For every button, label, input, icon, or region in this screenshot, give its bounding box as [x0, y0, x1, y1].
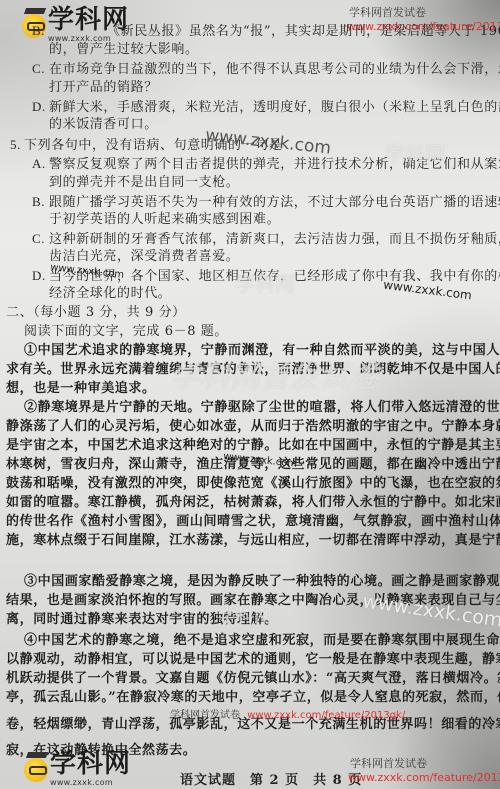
para4-line2: 以静观动，动静相宜，可以说是中国艺术的通则，它一般是在静寒中表现生趣，静寒为盎然…	[6, 651, 500, 668]
q4-option-c-line2: 打开产品的销路？	[49, 79, 158, 96]
q4-option-c-line1: C.在市场竞争日益激烈的当下，他不得不认真思考公司的业绩为什么会下滑，怎样才能	[32, 60, 500, 78]
q4-option-b-line1: B.《新民丛报》虽然名为“报”，其实却是期刊，是梁启超等人于 1902 年在日本…	[32, 22, 500, 40]
q5-option-c-line1: C.这种新研制的牙膏香气浓郁，清新爽口，去污洁齿力强，而且不损伤牙釉质，能保持牙	[32, 230, 500, 248]
para2-line7: 的传世名作《渔村小雪图》，画山间晴雪之状，意境清幽，气氛静寂，画中渔村山体均以薄…	[6, 513, 500, 530]
ghost-logo-watermark-3: 学科网	[218, 602, 272, 628]
ghost-banner-watermark: 学科网首发试卷	[170, 352, 380, 396]
logo-name-bottom: 学科网	[50, 750, 131, 778]
para2-line1: ②静寒境界是片宁静的天地。宁静驱除了尘世的喧嚣，将人们带入悠远清澄的世界中；宁	[24, 399, 500, 416]
zxxk-logo-bottom: 学科网 www.zxxk.com	[24, 750, 131, 787]
q4-option-d-line1: D.新鲜大米，手感滑爽，米粒光洁，透明度好，腹白很小（米粒上呈乳白色的部分），做…	[32, 98, 500, 116]
corner-watermark-title: 学科网首发试卷	[347, 6, 500, 20]
q5-option-a-line2: 到的弹壳并不是出自同一支枪。	[49, 174, 239, 191]
corner-watermark-bottom-url: www.zxxk.com/feature/2013gk/	[348, 771, 500, 785]
inline-watermark: 学科网首发试卷 www.zxxk.com/feature/2013gk/	[170, 706, 405, 721]
para4-line4: 亭，孤云乱山影。”在静寂冷寒的天地中，空亭孑立，似是令人窒息的死寂，然而，你看那…	[6, 689, 500, 706]
para2-line3: 是宇宙之本，中国艺术追求这种绝对的宁静。比如在中国画中，永恒的宁静是其主要面目。…	[6, 437, 500, 454]
para4-line3: 机跃动提供了一个背景。文嘉自题《仿倪元镇山水》：“高天爽气澄，落日横烟冷。寂寞草…	[6, 670, 500, 687]
q5-option-b-line2: 于初学英语的人听起来确实感到困难。	[49, 211, 280, 228]
para2-line8: 施，寒林点缀于石间崖隙，江水荡漾，与远山相应，一切都在清晖中浮动，真是宁静幽寒之…	[6, 532, 500, 549]
ghost-logo-watermark-1: 学科网	[235, 268, 295, 297]
para1-line3: 想，也是一种审美追求。	[6, 380, 156, 397]
para2-line6: 如雷的喧嚣。寒江静横，孤舟闲泛，枯树萧森，将人们带入永恒的宁静中。如北宋画家王晋…	[6, 494, 500, 511]
para4-line1: ④中国艺术的静寒之境，绝不是追求空虚和死寂，而是要在静寒氛围中展现生命的跃动。	[24, 632, 500, 649]
q5-option-b-line1: B.跟随广播学习英语不失为一种有效的方法，不过大部分电台英语广播的语速较快，对	[32, 193, 500, 211]
para2-line2: 静涤荡了人们的心灵污垢，使心如冰壶，从而归于浩然明澈的宇宙之中。宁静本身就是道，…	[6, 418, 500, 435]
corner-watermark-bottom-title: 学科网首发试卷	[348, 757, 500, 771]
ghost-logo-watermark-2: 学科网	[385, 138, 445, 167]
q4-option-d-line2: 的米饭清香可口。	[49, 116, 158, 133]
logo-url-bottom: www.zxxk.com	[50, 778, 131, 787]
page-footer: 语文试题 第 2 页 共 8 页	[180, 769, 362, 788]
para3-line1: ③中国画家酷爱静寒之境，是因为静反映了一种独特的心境。画之静是画家静观默照的	[24, 573, 500, 590]
para2-line5: 鼓荡和聒噪，没有激烈的冲突，即使像范宽《溪山行旅图》中的飞瀑，也在空寂的氛围中失…	[6, 475, 500, 492]
section2-heading: 二、（每小题 3 分，共 9 分）	[6, 304, 186, 321]
inline-watermark-title: 学科网首发试卷	[170, 710, 240, 721]
q4-option-b-line2: 的，曾产生过较大影响。	[49, 41, 199, 58]
inline-watermark-url: www.zxxk.com/feature/2013gk/	[247, 710, 405, 721]
q5-option-c-line2: 齿洁白光亮，深受消费者喜爱。	[49, 248, 239, 265]
q5-option-d-line2: 经济全球化的时代。	[49, 285, 171, 302]
section2-instruction: 阅读下面的文字，完成 6－8 题。	[24, 323, 228, 340]
mascot-icon-bottom	[24, 758, 48, 782]
corner-watermark-bottom: 学科网首发试卷 www.zxxk.com/feature/2013gk/	[348, 757, 500, 785]
